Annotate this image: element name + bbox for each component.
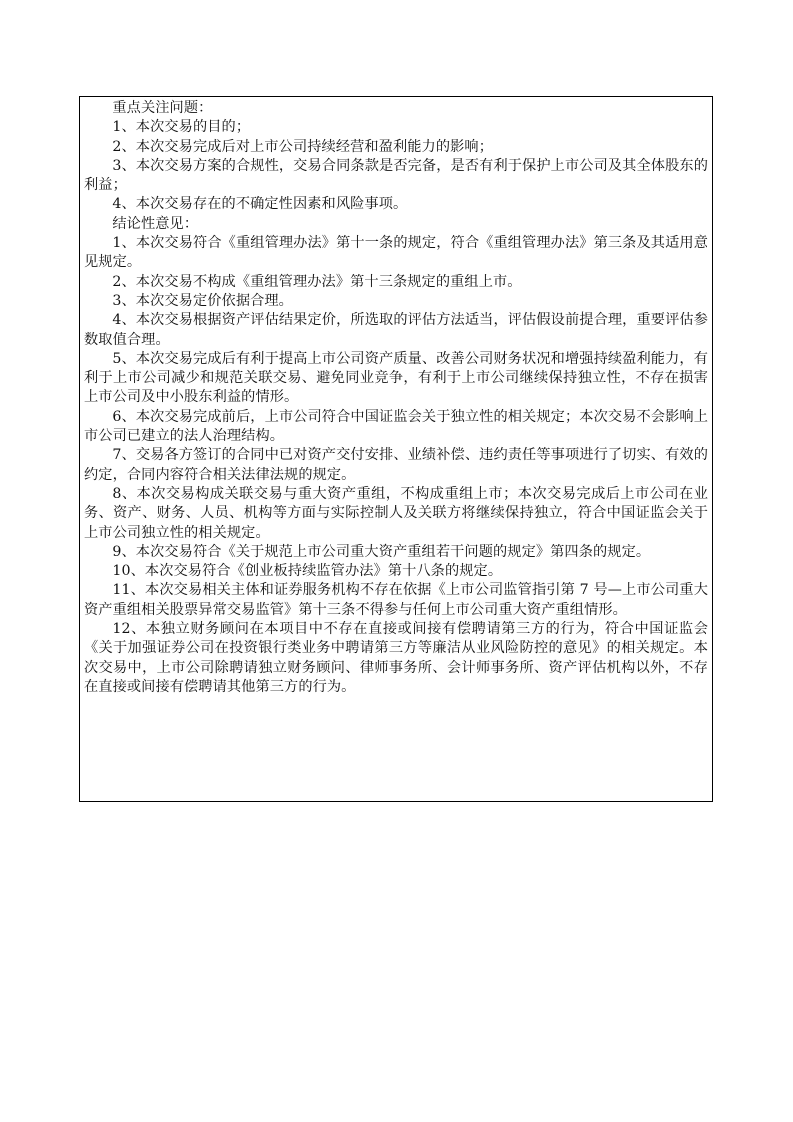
opinion-table-cell: 重点关注问题： 1、本次交易的目的； 2、本次交易完成后对上市公司持续经营和盈利… bbox=[79, 96, 713, 802]
conclusion-item-5: 5、本次交易完成后有利于提高上市公司资产质量、改善公司财务状况和增强持续盈利能力… bbox=[84, 350, 708, 408]
focus-item-2: 2、本次交易完成后对上市公司持续经营和盈利能力的影响； bbox=[84, 138, 708, 157]
conclusion-heading: 结论性意见： bbox=[84, 215, 708, 234]
conclusion-item-10: 10、本次交易符合《创业板持续监管办法》第十八条的规定。 bbox=[84, 562, 708, 581]
conclusion-item-9: 9、本次交易符合《关于规范上市公司重大资产重组若干问题的规定》第四条的规定。 bbox=[84, 543, 708, 562]
cell-content: 重点关注问题： 1、本次交易的目的； 2、本次交易完成后对上市公司持续经营和盈利… bbox=[80, 97, 712, 697]
conclusion-item-3: 3、本次交易定价依据合理。 bbox=[84, 292, 708, 311]
focus-heading: 重点关注问题： bbox=[84, 99, 708, 118]
conclusion-item-7: 7、交易各方签订的合同中已对资产交付安排、业绩补偿、违约责任等事项进行了切实、有… bbox=[84, 446, 708, 485]
focus-item-3: 3、本次交易方案的合规性，交易合同条款是否完备，是否有利于保护上市公司及其全体股… bbox=[84, 157, 708, 196]
conclusion-item-11: 11、本次交易相关主体和证券服务机构不存在依据《上市公司监管指引第 7 号—上市… bbox=[84, 581, 708, 620]
focus-item-4: 4、本次交易存在的不确定性因素和风险事项。 bbox=[84, 195, 708, 214]
conclusion-item-4: 4、本次交易根据资产评估结果定价，所选取的评估方法适当，评估假设前提合理，重要评… bbox=[84, 311, 708, 350]
conclusion-item-1: 1、本次交易符合《重组管理办法》第十一条的规定，符合《重组管理办法》第三条及其适… bbox=[84, 234, 708, 273]
conclusion-item-2: 2、本次交易不构成《重组管理办法》第十三条规定的重组上市。 bbox=[84, 273, 708, 292]
conclusion-item-6: 6、本次交易完成前后，上市公司符合中国证监会关于独立性的相关规定；本次交易不会影… bbox=[84, 408, 708, 447]
conclusion-item-12: 12、本独立财务顾问在本项目中不存在直接或间接有偿聘请第三方的行为，符合中国证监… bbox=[84, 620, 708, 697]
conclusion-item-8: 8、本次交易构成关联交易与重大资产重组，不构成重组上市；本次交易完成后上市公司在… bbox=[84, 485, 708, 543]
focus-item-1: 1、本次交易的目的； bbox=[84, 118, 708, 137]
